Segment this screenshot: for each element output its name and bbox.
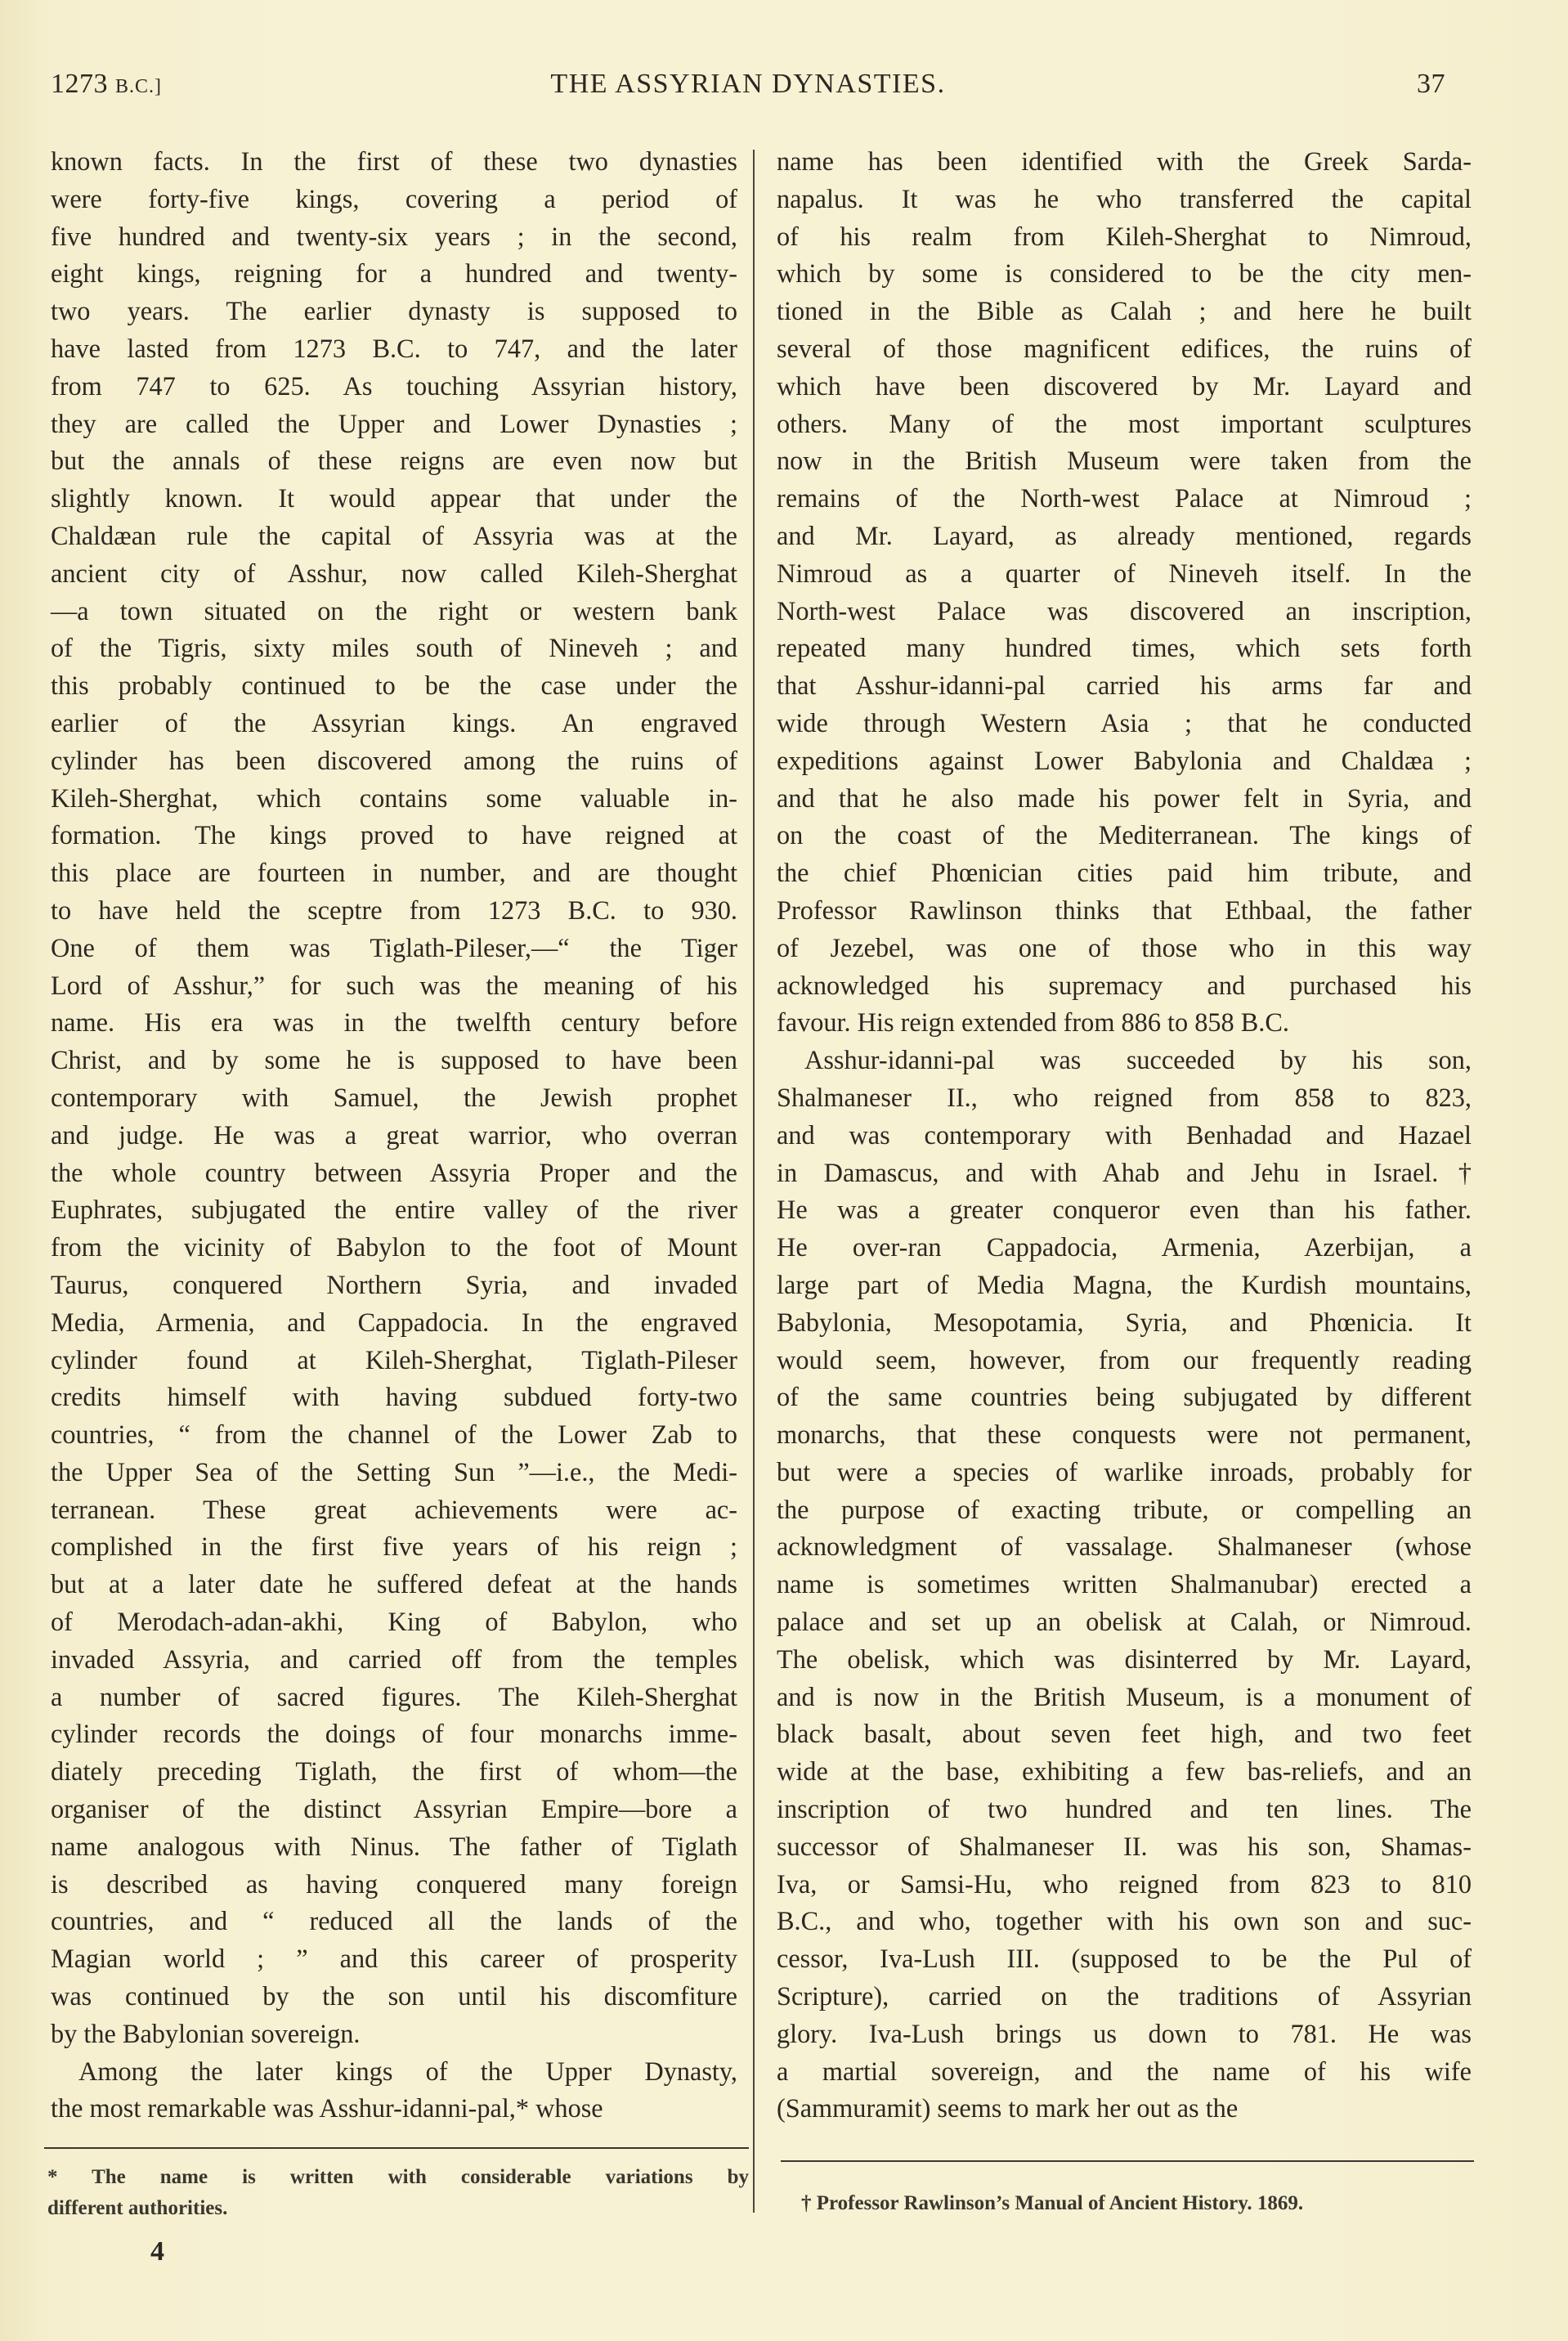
text-line: and is now in the British Museum, is a m… [777, 1679, 1472, 1716]
text-line: complished in the first five years of hi… [51, 1528, 737, 1566]
text-line: and that he also made his power felt in … [777, 780, 1472, 818]
text-line: of Merodach-adan-akhi, King of Babylon, … [51, 1603, 737, 1641]
text-line: in Damascus, and with Ahab and Jehu in I… [777, 1155, 1472, 1192]
text-line: that Asshur-idanni-pal carried his arms … [777, 667, 1472, 705]
text-line: but at a later date he suffered defeat a… [51, 1566, 737, 1603]
footnote-rule-left [44, 2147, 749, 2149]
text-line: the most remarkable was Asshur-idanni-pa… [51, 2090, 737, 2128]
left-column: known facts. In the first of these two d… [51, 143, 737, 2128]
text-line: repeated many hundred times, which sets … [777, 630, 1472, 667]
text-line: black basalt, about seven feet high, and… [777, 1715, 1472, 1753]
text-line: remains of the North-west Palace at Nimr… [777, 480, 1472, 518]
text-line: palace and set up an obelisk at Calah, o… [777, 1603, 1472, 1641]
text-line: Chaldæan rule the capital of Assyria was… [51, 518, 737, 555]
text-line: is described as having conquered many fo… [51, 1866, 737, 1904]
text-line: —a town situated on the right or western… [51, 593, 737, 630]
text-line: eight kings, reigning for a hundred and … [51, 255, 737, 293]
text-line: the whole country between Assyria Proper… [51, 1155, 737, 1192]
text-line: countries, and “ reduced all the lands o… [51, 1903, 737, 1940]
text-line: North-west Palace was discovered an insc… [777, 593, 1472, 630]
text-line: Among the later kings of the Upper Dynas… [51, 2053, 737, 2091]
text-line: have lasted from 1273 B.C. to 747, and t… [51, 330, 737, 368]
text-line: of the same countries being subjugated b… [777, 1379, 1472, 1416]
text-line: Asshur-idanni-pal was succeeded by his s… [777, 1042, 1472, 1079]
text-line: others. Many of the most important sculp… [777, 406, 1472, 443]
text-line: Magian world ; ” and this career of pros… [51, 1940, 737, 1978]
footnote-left: * The name is written with considerable … [47, 2162, 749, 2224]
footnote-rule-right [781, 2160, 1474, 2162]
right-column: name has been identified with the Greek … [777, 143, 1472, 2128]
text-line: organiser of the distinct Assyrian Empir… [51, 1791, 737, 1828]
text-line: large part of Media Magna, the Kurdish m… [777, 1267, 1472, 1304]
text-line: this probably continued to be the case u… [51, 667, 737, 705]
text-line: Kileh-Sherghat, which contains some valu… [51, 780, 737, 818]
text-line: Lord of Asshur,” for such was the meanin… [51, 967, 737, 1005]
text-line: favour. His reign extended from 886 to 8… [777, 1004, 1472, 1042]
text-line: the chief Phœnician cities paid him trib… [777, 854, 1472, 892]
text-line: acknowledgment of vassalage. Shalmaneser… [777, 1528, 1472, 1566]
text-line: of his realm from Kileh-Sherghat to Nimr… [777, 218, 1472, 256]
text-line: a martial sovereign, and the name of his… [777, 2053, 1472, 2091]
text-line: The obelisk, which was disinterred by Mr… [777, 1641, 1472, 1679]
text-line: credits himself with having subdued fort… [51, 1379, 737, 1416]
text-line: now in the British Museum were taken fro… [777, 442, 1472, 480]
text-line: invaded Assyria, and carried off from th… [51, 1641, 737, 1679]
text-line: was continued by the son until his disco… [51, 1978, 737, 2016]
text-line: Shalmaneser II., who reigned from 858 to… [777, 1079, 1472, 1117]
running-head-title: THE ASSYRIAN DYNASTIES. [51, 69, 1445, 100]
text-line: but were a species of warlike inroads, p… [777, 1454, 1472, 1491]
text-line: glory. Iva-Lush brings us down to 781. H… [777, 2016, 1472, 2053]
text-line: contemporary with Samuel, the Jewish pro… [51, 1079, 737, 1117]
text-line: and Mr. Layard, as already mentioned, re… [777, 518, 1472, 555]
signature-mark: 4 [150, 2236, 164, 2267]
footnote-line: * The name is written with considerable … [47, 2162, 749, 2193]
text-line: Nimroud as a quarter of Nineveh itself. … [777, 555, 1472, 593]
text-line: and was contemporary with Benhadad and H… [777, 1117, 1472, 1155]
text-line: napalus. It was he who transferred the c… [777, 181, 1472, 218]
text-line: inscription of two hundred and ten lines… [777, 1791, 1472, 1828]
text-line: Christ, and by some he is supposed to ha… [51, 1042, 737, 1079]
text-line: and judge. He was a great warrior, who o… [51, 1117, 737, 1155]
text-line: by the Babylonian sovereign. [51, 2016, 737, 2053]
text-line: diately preceding Tiglath, the first of … [51, 1753, 737, 1791]
text-line: Iva, or Samsi-Hu, who reigned from 823 t… [777, 1866, 1472, 1904]
text-line: formation. The kings proved to have reig… [51, 817, 737, 854]
footnote-right: † Professor Rawlinson’s Manual of Ancien… [801, 2188, 1472, 2219]
text-line: earlier of the Assyrian kings. An engrav… [51, 705, 737, 742]
text-line: Taurus, conquered Northern Syria, and in… [51, 1267, 737, 1304]
column-divider [753, 150, 755, 2213]
text-line: the Upper Sea of the Setting Sun ”—i.e.,… [51, 1454, 737, 1491]
text-line: to have held the sceptre from 1273 B.C. … [51, 892, 737, 930]
text-line: of the Tigris, sixty miles south of Nine… [51, 630, 737, 667]
text-line: tioned in the Bible as Calah ; and here … [777, 293, 1472, 330]
text-line: cylinder found at Kileh-Sherghat, Tiglat… [51, 1342, 737, 1379]
text-line: wide through Western Asia ; that he cond… [777, 705, 1472, 742]
text-line: cessor, Iva-Lush III. (supposed to be th… [777, 1940, 1472, 1978]
text-line: monarchs, that these conquests were not … [777, 1416, 1472, 1454]
text-line: of Jezebel, was one of those who in this… [777, 930, 1472, 967]
text-line: Media, Armenia, and Cappadocia. In the e… [51, 1304, 737, 1342]
text-line: ancient city of Asshur, now called Kileh… [51, 555, 737, 593]
footnote-line: different authorities. [47, 2193, 749, 2224]
text-line: acknowledged his supremacy and purchased… [777, 967, 1472, 1005]
text-line: known facts. In the first of these two d… [51, 143, 737, 181]
text-line: Professor Rawlinson thinks that Ethbaal,… [777, 892, 1472, 930]
text-line: two years. The earlier dynasty is suppos… [51, 293, 737, 330]
text-line: expeditions against Lower Babylonia and … [777, 742, 1472, 780]
text-line: slightly known. It would appear that und… [51, 480, 737, 518]
text-line: were forty-five kings, covering a period… [51, 181, 737, 218]
text-line: wide at the base, exhibiting a few bas-r… [777, 1753, 1472, 1791]
text-line: which by some is considered to be the ci… [777, 255, 1472, 293]
text-line: name. His era was in the twelfth century… [51, 1004, 737, 1042]
text-line: He was a greater conqueror even than his… [777, 1191, 1472, 1229]
text-line: from 747 to 625. As touching Assyrian hi… [51, 368, 737, 406]
text-line: successor of Shalmaneser II. was his son… [777, 1828, 1472, 1866]
text-line: five hundred and twenty-six years ; in t… [51, 218, 737, 256]
text-line: B.C., and who, together with his own son… [777, 1903, 1472, 1940]
text-line: cylinder has been discovered among the r… [51, 742, 737, 780]
text-line: name has been identified with the Greek … [777, 143, 1472, 181]
text-line: would seem, however, from our frequently… [777, 1342, 1472, 1379]
text-line: Babylonia, Mesopotamia, Syria, and Phœni… [777, 1304, 1472, 1342]
text-line: several of those magnificent edifices, t… [777, 330, 1472, 368]
text-line: name analogous with Ninus. The father of… [51, 1828, 737, 1866]
text-line: name is sometimes written Shalmanubar) e… [777, 1566, 1472, 1603]
page-number: 37 [1417, 69, 1445, 100]
text-line: on the coast of the Mediterranean. The k… [777, 817, 1472, 854]
text-line: countries, “ from the channel of the Low… [51, 1416, 737, 1454]
text-line: One of them was Tiglath-Pileser,—“ the T… [51, 930, 737, 967]
text-line: terranean. These great achievements were… [51, 1491, 737, 1529]
text-line: cylinder records the doings of four mona… [51, 1715, 737, 1753]
text-line: He over-ran Cappadocia, Armenia, Azerbij… [777, 1229, 1472, 1267]
text-line: a number of sacred figures. The Kileh-Sh… [51, 1679, 737, 1716]
text-line: the purpose of exacting tribute, or comp… [777, 1491, 1472, 1529]
running-head: 1273 B.C.] THE ASSYRIAN DYNASTIES. 37 [51, 69, 1445, 110]
text-line: but the annals of these reigns are even … [51, 442, 737, 480]
text-line: from the vicinity of Babylon to the foot… [51, 1229, 737, 1267]
text-line: which have been discovered by Mr. Layard… [777, 368, 1472, 406]
text-line: Euphrates, subjugated the entire valley … [51, 1191, 737, 1229]
text-line: Scripture), carried on the traditions of… [777, 1978, 1472, 2016]
text-line: (Sammuramit) seems to mark her out as th… [777, 2090, 1472, 2128]
book-page: 1273 B.C.] THE ASSYRIAN DYNASTIES. 37 kn… [0, 0, 1568, 2341]
text-line: they are called the Upper and Lower Dyna… [51, 406, 737, 443]
text-line: this place are fourteen in number, and a… [51, 854, 737, 892]
